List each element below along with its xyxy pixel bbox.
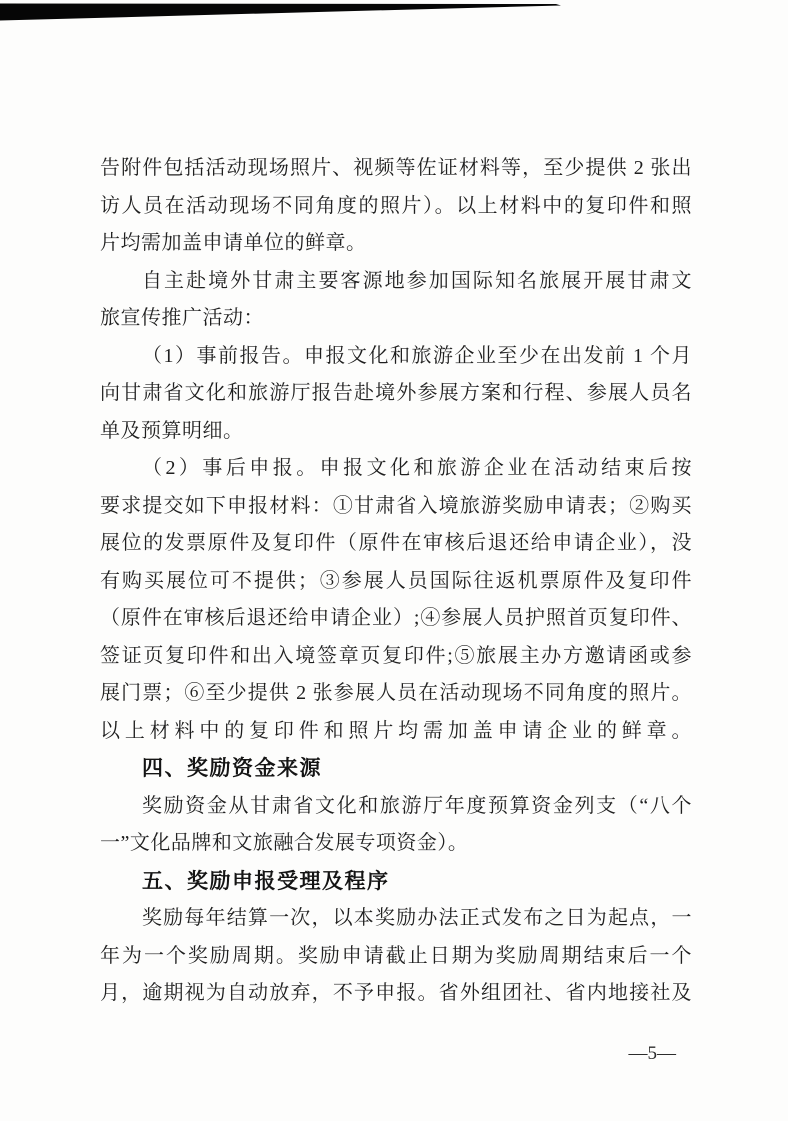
- section-heading: 五、奖励申报受理及程序: [100, 863, 692, 901]
- text-line: （1）事前报告。申报文化和旅游企业至少在出发前 1 个月: [100, 338, 692, 376]
- scan-artifact: [0, 0, 566, 24]
- text-line: 一”文化品牌和文旅融合发展专项资金）。: [100, 825, 692, 863]
- text-line: 月，逾期视为自动放弃，不予申报。省外组团社、省内地接社及: [100, 975, 692, 1013]
- text-line: 向甘肃省文化和旅游厅报告赴境外参展方案和行程、参展人员名: [100, 375, 692, 413]
- document-page: 告附件包括活动现场照片、视频等佐证材料等，至少提供 2 张出 访人员在活动现场不…: [0, 0, 788, 1121]
- text-line: （原件在审核后退还给申请企业）;④参展人员护照首页复印件、: [100, 600, 692, 638]
- text-line: 签证页复印件和出入境签章页复印件;⑤旅展主办方邀请函或参: [100, 638, 692, 676]
- text-line: 展门票；⑥至少提供 2 张参展人员在活动现场不同角度的照片。: [100, 675, 692, 713]
- document-text-block: 告附件包括活动现场照片、视频等佐证材料等，至少提供 2 张出 访人员在活动现场不…: [100, 150, 692, 1013]
- text-line: （2）事后申报。申报文化和旅游企业在活动结束后按: [100, 450, 692, 488]
- text-line: 自主赴境外甘肃主要客源地参加国际知名旅展开展甘肃文: [100, 263, 692, 301]
- text-line: 奖励资金从甘肃省文化和旅游厅年度预算资金列支（“八个: [100, 788, 692, 826]
- text-line: 奖励每年结算一次，以本奖励办法正式发布之日为起点，一: [100, 900, 692, 938]
- text-line: 展位的发票原件及复印件（原件在审核后退还给申请企业），没: [100, 525, 692, 563]
- text-line: 访人员在活动现场不同角度的照片）。以上材料中的复印件和照: [100, 188, 692, 226]
- text-line: 年为一个奖励周期。奖励申请截止日期为奖励周期结束后一个: [100, 938, 692, 976]
- text-line: 旅宣传推广活动：: [100, 300, 692, 338]
- text-line: 单及预算明细。: [100, 413, 692, 451]
- text-line: 有购买展位可不提供；③参展人员国际往返机票原件及复印件: [100, 563, 692, 601]
- page-number: —5—: [629, 1040, 677, 1068]
- text-line: 告附件包括活动现场照片、视频等佐证材料等，至少提供 2 张出: [100, 150, 692, 188]
- text-line: 要求提交如下申报材料：①甘肃省入境旅游奖励申请表；②购买: [100, 488, 692, 526]
- text-line: 片均需加盖申请单位的鲜章。: [100, 225, 692, 263]
- section-heading: 四、奖励资金来源: [100, 750, 692, 788]
- text-line: 以上材料中的复印件和照片均需加盖申请企业的鲜章。: [100, 713, 692, 751]
